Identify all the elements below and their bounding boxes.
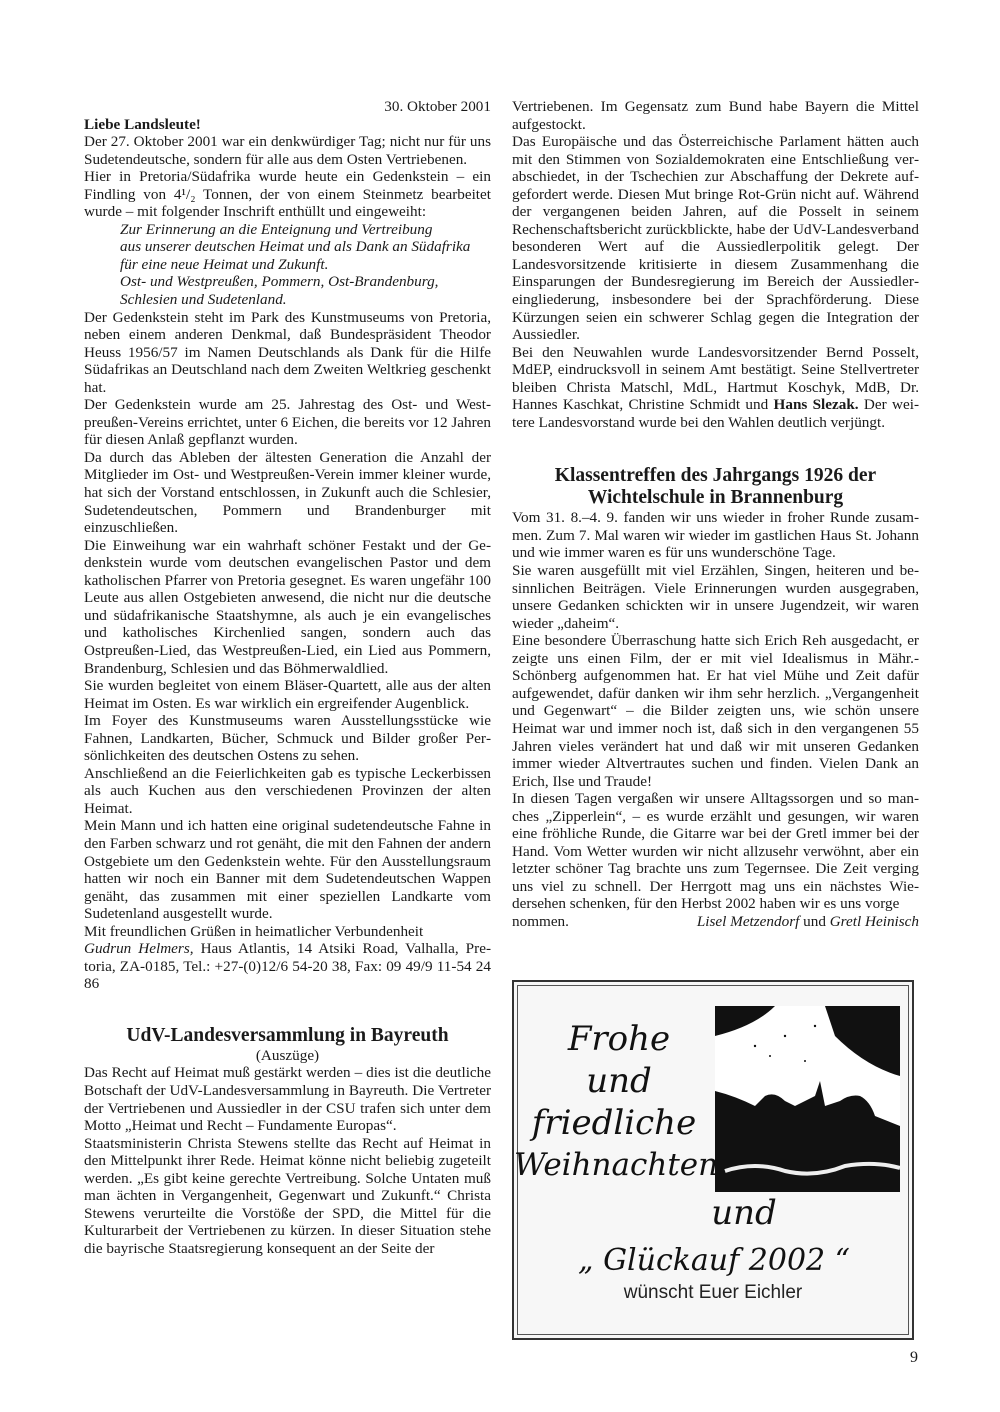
letter-paragraph: Der 27. Oktober 2001 war ein denkwürdige… (84, 133, 491, 168)
letter-paragraph: Anschließend an die Feierlichkeiten gab … (84, 765, 491, 818)
inscription-quote: Zur Erinnerung an die Enteignung und Ver… (84, 221, 491, 309)
letter-date: 30. Oktober 2001 (84, 98, 491, 116)
letter-paragraph: Im Foyer des Kunstmuseums waren Ausstell… (84, 712, 491, 765)
inscription-line: aus unserer deutschen Heimat und als Dan… (120, 238, 491, 256)
right-column: Vertriebenen. Im Gegensatz zum Bund habe… (512, 98, 919, 931)
title-line: Klassentreffen des Jahrgangs 1926 der (555, 465, 876, 486)
signature-names: Lisel Metzendorf und Gretl Heinisch (697, 913, 919, 931)
letter-paragraph: Mein Mann und ich hatten eine original s… (84, 817, 491, 922)
article-paragraph: Bei den Neuwahlen wurde Landesvorsitzend… (512, 344, 919, 432)
highlighted-name: Hans Slezak. (774, 396, 859, 413)
letter-paragraph: Sie wurden begleitet von einem Bläser-Qu… (84, 677, 491, 712)
article-paragraph: Vertriebenen. Im Gegensatz zum Bund habe… (512, 98, 919, 133)
article-paragraph: Sie waren ausgefüllt mit viel Erzählen, … (512, 562, 919, 632)
left-column: 30. Oktober 2001 Liebe Landsleute! Der 2… (84, 98, 491, 1257)
inscription-line: Schlesien und Sudetenland. (120, 291, 491, 309)
signature-1: Lisel Metzendorf (697, 913, 800, 930)
card-line-glueckauf: „ Glückauf 2002 “ (554, 1240, 874, 1282)
article-paragraph: In diesen Tagen vergaßen wir unsere Allt… (512, 790, 919, 913)
title-line: Wichtelschule in Brannenburg (588, 487, 843, 508)
article-paragraph: Eine besondere Überraschung hatte sich E… (512, 632, 919, 790)
inscription-line: Ost- und Westpreußen, Pommern, Ost-Brand… (120, 273, 491, 291)
card-line-frohe: Frohe (534, 1018, 704, 1060)
article-paragraph: Staatsministerin Christa Stewens stellte… (84, 1135, 491, 1258)
shepherds-silhouette-icon (715, 1006, 900, 1192)
inscription-line: Zur Erinnerung an die Enteignung und Ver… (120, 221, 491, 239)
letter-paragraph: Hier in Pretoria/Südafrika wurde heute e… (84, 168, 491, 221)
card-line-und: und (534, 1060, 704, 1102)
inscription-line: für eine neue Heimat und Zukunft. (120, 256, 491, 274)
letter-paragraph: Der Gedenkstein steht im Park des Kunstm… (84, 309, 491, 397)
signature-name: Gudrun Helmers, (84, 940, 194, 957)
signature-2: Gretl Heinisch (830, 913, 919, 930)
shepherds-silhouette-image (715, 1006, 900, 1192)
article-signature: nommen. Lisel Metzendorf und Gretl Heini… (512, 913, 919, 931)
article-title-klassentreffen: Klassentreffen des Jahrgangs 1926 der Wi… (512, 465, 919, 509)
signature-and: und (799, 913, 829, 930)
letter-salutation: Liebe Landsleute! (84, 116, 491, 134)
card-line-friedliche: friedliche (524, 1102, 704, 1144)
letter-closing: Mit freundlichen Grüßen in heimatlicher … (84, 923, 491, 941)
letter-paragraph: Der Gedenkstein wurde am 25. Jahrestag d… (84, 396, 491, 449)
greeting-card: Frohe und friedliche Weihnachten und „ G… (512, 980, 914, 1340)
article-title-bayreuth: UdV-Landesversammlung in Bayreuth (84, 1025, 491, 1047)
article-paragraph: Das Recht auf Heimat muß gestärkt werden… (84, 1064, 491, 1134)
article-subtitle: (Auszüge) (84, 1047, 491, 1065)
letter-paragraph: Die Einweihung war ein wahrhaft schöner … (84, 537, 491, 677)
article-paragraph: Das Europäische und das Österreichische … (512, 133, 919, 344)
article-paragraph: Vom 31. 8.–4. 9. fanden wir uns wieder i… (512, 509, 919, 562)
card-line-weihnachten: Weihnachten (514, 1144, 714, 1186)
card-line-und-2: und (674, 1192, 814, 1234)
card-wish-text: wünscht Euer Eichler (514, 1282, 912, 1304)
letter-signature: Gudrun Helmers, Haus Atlantis, 14 Atsiki… (84, 940, 491, 993)
letter-paragraph: Da durch das Ableben der ältesten Genera… (84, 449, 491, 537)
page-number: 9 (910, 1349, 918, 1367)
last-word: nommen. (512, 913, 569, 931)
